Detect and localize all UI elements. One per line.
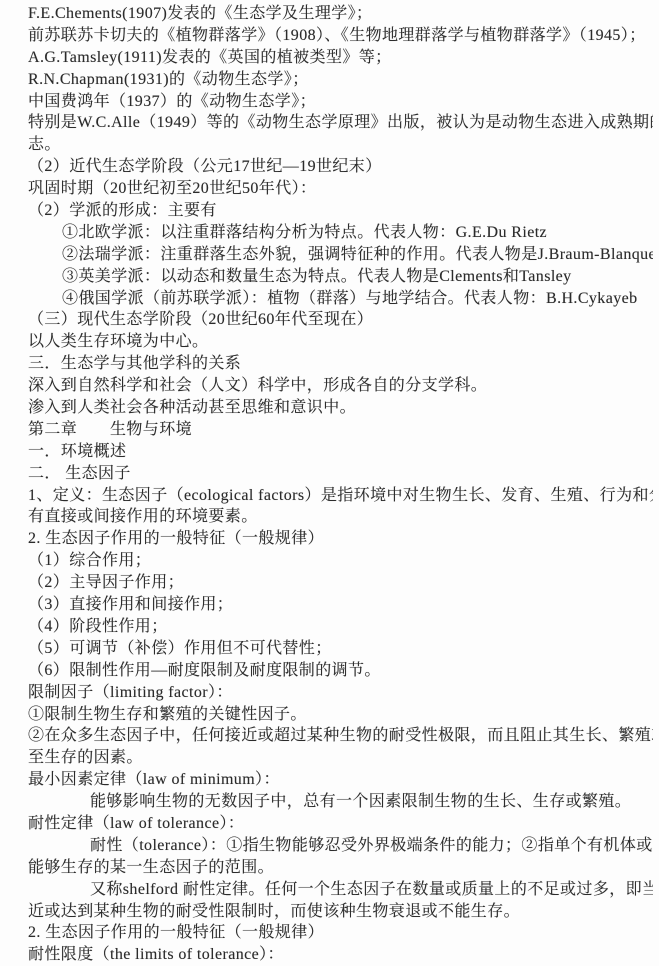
- text-line: 耐性限度（the limits of tolerance）：: [28, 944, 653, 966]
- text-line: 以人类生存环境为中心。: [28, 331, 653, 353]
- text-line: （三）现代生态学阶段（20世纪60年代至现在）: [28, 309, 653, 331]
- text-line: （6）限制性作用—耐度限制及耐度限制的调节。: [28, 660, 653, 682]
- text-line: 能够影响生物的无数因子中，总有一个因素限制生物的生长、生存或繁殖。: [28, 791, 653, 813]
- text-line: A.G.Tamsley(1911)发表的《英国的植被类型》等；: [28, 47, 653, 69]
- text-line: 耐性定律（law of tolerance）：: [28, 813, 653, 835]
- text-line: 中国费鸿年（1937）的《动物生态学》；: [28, 91, 653, 113]
- text-line: （3）直接作用和间接作用；: [28, 594, 653, 616]
- text-line: 限制因子（limiting factor）：: [28, 682, 653, 704]
- text-line: 有直接或间接作用的环境要素。: [28, 506, 653, 528]
- text-line: （1）综合作用；: [28, 550, 653, 572]
- text-line: 第二章 生物与环境: [28, 419, 653, 441]
- text-line: ①限制生物生存和繁殖的关键性因子。: [28, 704, 653, 726]
- text-line: 至生存的因素。: [28, 747, 653, 769]
- text-line: 又称shelford 耐性定律。任何一个生态因子在数量或质量上的不足或过多，即当…: [28, 879, 653, 901]
- text-line: R.N.Chapman(1931)的《动物生态学》；: [28, 69, 653, 91]
- text-line: 近或达到某种生物的耐受性限制时，而使该种生物衰退或不能生存。: [28, 901, 653, 923]
- text-line: 一．环境概述: [28, 441, 653, 463]
- text-line: 最小因素定律（law of minimum）：: [28, 769, 653, 791]
- text-line: 2. 生态因子作用的一般特征（一般规律）: [28, 528, 653, 550]
- text-line: 巩固时期（20世纪初至20世纪50年代）：: [28, 178, 653, 200]
- text-line: 三．生态学与其他学科的关系: [28, 353, 653, 375]
- text-line: 二． 生态因子: [28, 463, 653, 485]
- document-body: F.E.Chements(1907)发表的《生态学及生理学》；前苏联苏卡切夫的《…: [28, 3, 653, 966]
- text-line: ③英美学派：以动态和数量生态为特点。代表人物是Clements和Tansley: [28, 266, 653, 288]
- text-line: （5）可调节（补偿）作用但不可代替性；: [28, 638, 653, 660]
- text-line: 1、定义：生态因子（ecological factors）是指环境中对生物生长、…: [28, 485, 653, 507]
- text-line: （2）学派的形成：主要有: [28, 200, 653, 222]
- text-line: 志。: [28, 134, 653, 156]
- text-line: F.E.Chements(1907)发表的《生态学及生理学》；: [28, 3, 653, 25]
- text-line: （2）主导因子作用；: [28, 572, 653, 594]
- text-line: ④俄国学派（前苏联学派）：植物（群落）与地学结合。代表人物：B.H.Cykaye…: [28, 288, 653, 310]
- text-line: （4）阶段性作用；: [28, 616, 653, 638]
- text-line: （2）近代生态学阶段（公元17世纪—19世纪末）: [28, 156, 653, 178]
- text-line: ①北欧学派：以注重群落结构分析为特点。代表人物：G.E.Du Rietz: [28, 222, 653, 244]
- text-line: 渗入到人类社会各种活动甚至思维和意识中。: [28, 397, 653, 419]
- scanned-document-page: F.E.Chements(1907)发表的《生态学及生理学》；前苏联苏卡切夫的《…: [0, 0, 659, 966]
- text-line: 能够生存的某一生态因子的范围。: [28, 857, 653, 879]
- text-line: ②法瑞学派：注重群落生态外貌，强调特征种的作用。代表人物是J.Braum-Bla…: [28, 244, 653, 266]
- text-line: 前苏联苏卡切夫的《植物群落学》（1908）、《生物地理群落学与植物群落学》（19…: [28, 25, 653, 47]
- text-line: 特别是W.C.Alle（1949）等的《动物生态学原理》出版，被认为是动物生态进…: [28, 112, 653, 134]
- text-line: 2. 生态因子作用的一般特征（一般规律）: [28, 922, 653, 944]
- text-line: 深入到自然科学和社会（人文）科学中，形成各自的分支学科。: [28, 375, 653, 397]
- text-line: ②在众多生态因子中，任何接近或超过某种生物的耐受性极限，而且阻止其生长、繁殖或扩…: [28, 725, 653, 747]
- text-line: 耐性（tolerance）：①指生物能够忍受外界极端条件的能力；②指单个有机体或…: [28, 835, 653, 857]
